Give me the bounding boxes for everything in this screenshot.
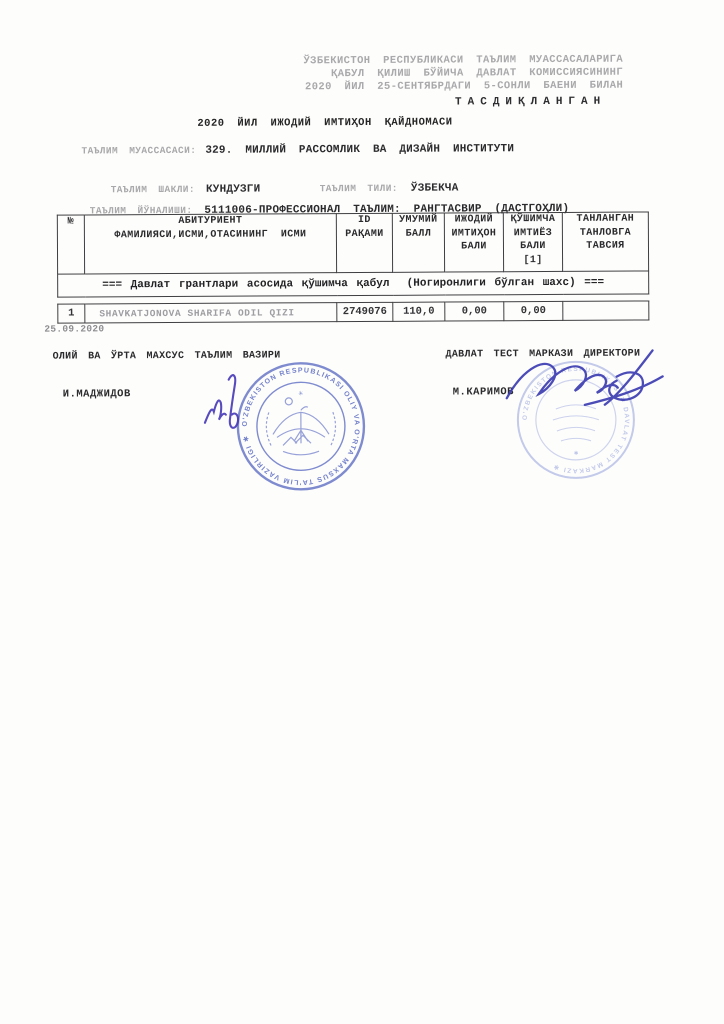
table-row: 1 SHAVKATJONOVA SHARIFA ODIL QIZI 274907… [58, 301, 649, 323]
stamp-ring-text: O'ZBEKISTON RESPUBLIKASI OLIY VA O'RTA M… [241, 367, 360, 486]
page-title: 2020 ЙИЛ ИЖОДИЙ ИМТИҲОН ҚАЙДНОМАСИ [197, 117, 452, 130]
cell-id: 2749076 [337, 302, 393, 321]
cell-bonus-score: 0,00 [504, 301, 563, 320]
svg-text:O'ZBEKISTON RESPUBLIKASI OLIY: O'ZBEKISTON RESPUBLIKASI OLIY VA O'RTA M… [241, 367, 360, 486]
scanned-document-page: ЎЗБЕКИСТОН РЕСПУБЛИКАСИ ТАЪЛИМ МУАССАСАЛ… [0, 0, 724, 1024]
approval-line-3: 2020 ЙИЛ 25-СЕНТЯБРДАГИ 5-СОНЛИ БАЕНИ БИ… [304, 80, 624, 95]
svg-text:✱: ✱ [574, 450, 579, 458]
approval-block: ЎЗБЕКИСТОН РЕСПУБЛИКАСИ ТАЪЛИМ МУАССАСАЛ… [303, 54, 623, 95]
print-date: 25.09.2020 [44, 323, 104, 334]
col-header-id: IDРАҚАМИ [336, 213, 392, 272]
education-form-line: ТАЪЛИМ ШАКЛИ:КУНДУЗГИ [111, 179, 261, 198]
left-signature [201, 369, 253, 443]
education-form-value: КУНДУЗГИ [206, 184, 260, 196]
cell-recommendation [563, 301, 649, 320]
education-language-value: ЎЗБЕКЧА [411, 182, 459, 194]
education-form-label: ТАЪЛИМ ШАКЛИ: [111, 184, 195, 195]
cell-number: 1 [58, 304, 85, 323]
stamp-ring-text: O'ZBEKISTON RESPUBLIKASI ✱ DAVLAT TEST M… [522, 366, 631, 475]
left-signatory-name: И.МАДЖИДОВ [63, 388, 131, 400]
col-header-number: № [57, 215, 84, 274]
results-table-header: № АБИТУРИЕНТФАМИЛИЯСИ,ИСМИ,ОТАСИНИНГ ИСМ… [57, 211, 649, 297]
cell-applicant-name: SHAVKATJONOVA SHARIFA ODIL QIZI [85, 303, 337, 323]
right-signatory-name: М.КАРИМОВ [453, 386, 514, 398]
col-header-applicant: АБИТУРИЕНТФАМИЛИЯСИ,ИСМИ,ОТАСИНИНГ ИСМИ [84, 214, 336, 274]
col-header-bonus: ҚЎШИМЧАИМТИЁЗБАЛИ[1] [503, 212, 562, 271]
education-language-label: ТАЪЛИМ ТИЛИ: [320, 183, 398, 194]
ministry-seal-stamp: ✳ O'ZBEKISTON RESPUBLIKASI OLIY VA O'RTA… [234, 355, 369, 500]
results-table-data: 1 SHAVKATJONOVA SHARIFA ODIL QIZI 274907… [57, 300, 649, 323]
education-language-line: ТАЪЛИМ ТИЛИ:ЎЗБЕКЧА [320, 177, 459, 196]
cell-creative-score: 0,00 [445, 302, 504, 321]
cell-total-score: 110,0 [393, 302, 445, 321]
institution-value: 329. МИЛЛИЙ РАССОМЛИК ВА ДИЗАЙН ИНСТИТУТ… [205, 143, 514, 157]
right-signatory-title: ДАВЛАТ ТЕСТ МАРКАЗИ ДИРЕКТОРИ [446, 349, 641, 361]
svg-text:O'ZBEKISTON RESPUBLIKASI ✱ DAV: O'ZBEKISTON RESPUBLIKASI ✱ DAVLAT TEST M… [522, 366, 631, 475]
svg-text:✳: ✳ [298, 389, 303, 398]
grant-section-row: === Давлат грантлари асосида қўшимча қаб… [58, 271, 649, 297]
approved-stamp-word: ТАСДИҚЛАНГАН [455, 96, 606, 109]
institution-label: ТАЪЛИМ МУАССАСАСИ: [81, 145, 196, 157]
institution-line: ТАЪЛИМ МУАССАСАСИ:329. МИЛЛИЙ РАССОМЛИК … [81, 138, 514, 158]
left-signatory-title: ОЛИЙ ВА ЎРТА МАХСУС ТАЪЛИМ ВАЗИРИ [53, 350, 281, 362]
col-header-recommendation: ТАНЛАНГАНТАНЛОВГАТАВСИЯ [562, 212, 648, 271]
col-header-total: УМУМИЙБАЛЛ [392, 213, 444, 272]
col-header-creative: ИЖОДИЙИМТИҲОНБАЛИ [444, 213, 503, 272]
test-center-seal-stamp: ✱ O'ZBEKISTON RESPUBLIKASI ✱ DAVLAT TEST… [511, 357, 642, 488]
